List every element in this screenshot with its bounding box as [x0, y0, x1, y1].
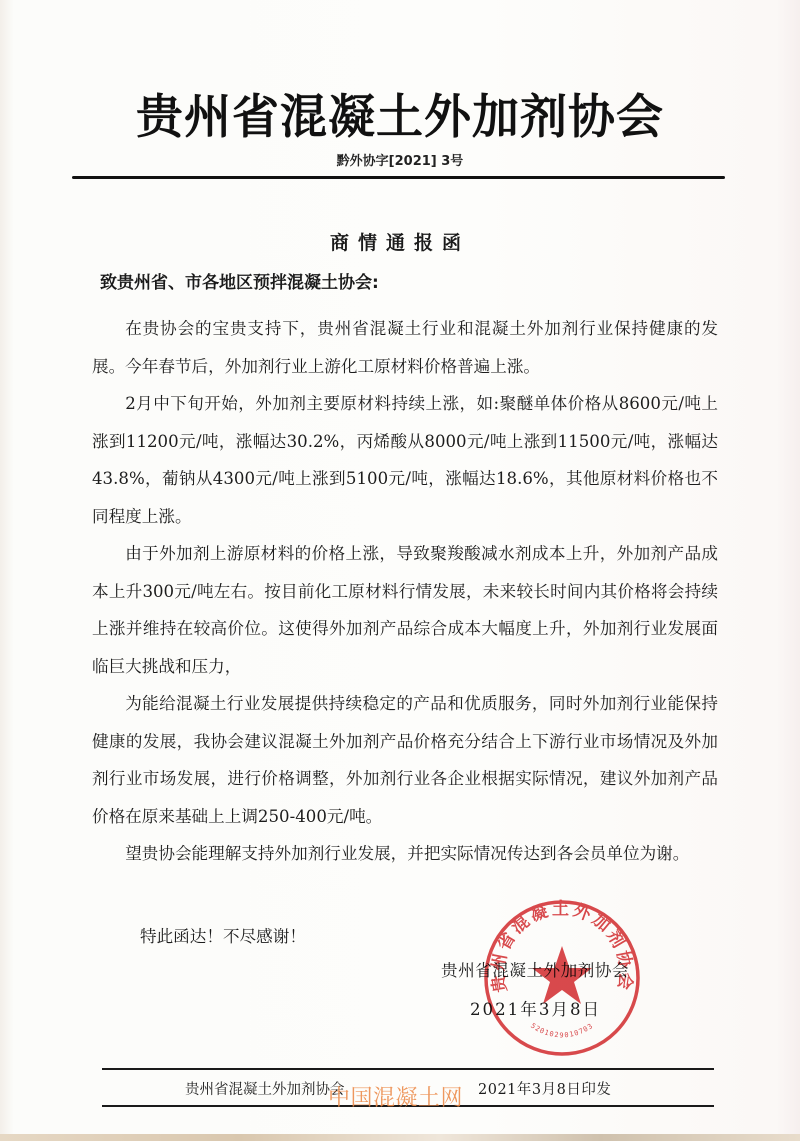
footer-issuer: 贵州省混凝土外加剂协会 — [185, 1078, 345, 1099]
seal-serial-number: 5201029010703 — [529, 1022, 595, 1040]
paragraph-5: 望贵协会能理解支持外加剂行业发展，并把实际情况传达到各会员单位为谢。 — [92, 835, 718, 873]
letter-heading: 商情通报函 — [0, 228, 800, 255]
official-seal-icon: 贵州省混凝土外加剂协会 5201029010703 — [482, 898, 642, 1058]
organization-title: 贵州省混凝土外加剂协会 — [0, 90, 800, 146]
letter-body: 在贵协会的宝贵支持下，贵州省混凝土行业和混凝土外加剂行业保持健康的发展。今年春节… — [92, 310, 718, 873]
closing-line: 特此函达！不尽感谢！ — [140, 923, 306, 947]
paragraph-1: 在贵协会的宝贵支持下，贵州省混凝土行业和混凝土外加剂行业保持健康的发展。今年春节… — [92, 310, 718, 385]
paragraph-3: 由于外加剂上游原材料的价格上涨，导致聚羧酸减水剂成本上升，外加剂产品成本上升30… — [92, 535, 718, 685]
desk-background-edge — [0, 1134, 800, 1141]
paragraph-2: 2月中下旬开始，外加剂主要原材料持续上涨，如:聚醚单体价格从8600元/吨上涨到… — [92, 385, 718, 535]
document-page: 贵州省混凝土外加剂协会 黔外协字[2021] 3号 商情通报函 致贵州省、市各地… — [0, 0, 800, 1141]
footer-divider-top — [102, 1068, 714, 1070]
salutation: 致贵州省、市各地区预拌混凝土协会: — [100, 268, 379, 293]
site-watermark: 中国混凝土网 — [328, 1081, 463, 1112]
header-divider — [72, 176, 725, 179]
svg-text:5201029010703: 5201029010703 — [529, 1022, 595, 1040]
footer-issue-date: 2021年3月8日印发 — [478, 1078, 611, 1099]
document-number: 黔外协字[2021] 3号 — [0, 150, 800, 169]
paragraph-4: 为能给混凝土行业发展提供持续稳定的产品和优质服务，同时外加剂行业能保持健康的发展… — [92, 685, 718, 835]
